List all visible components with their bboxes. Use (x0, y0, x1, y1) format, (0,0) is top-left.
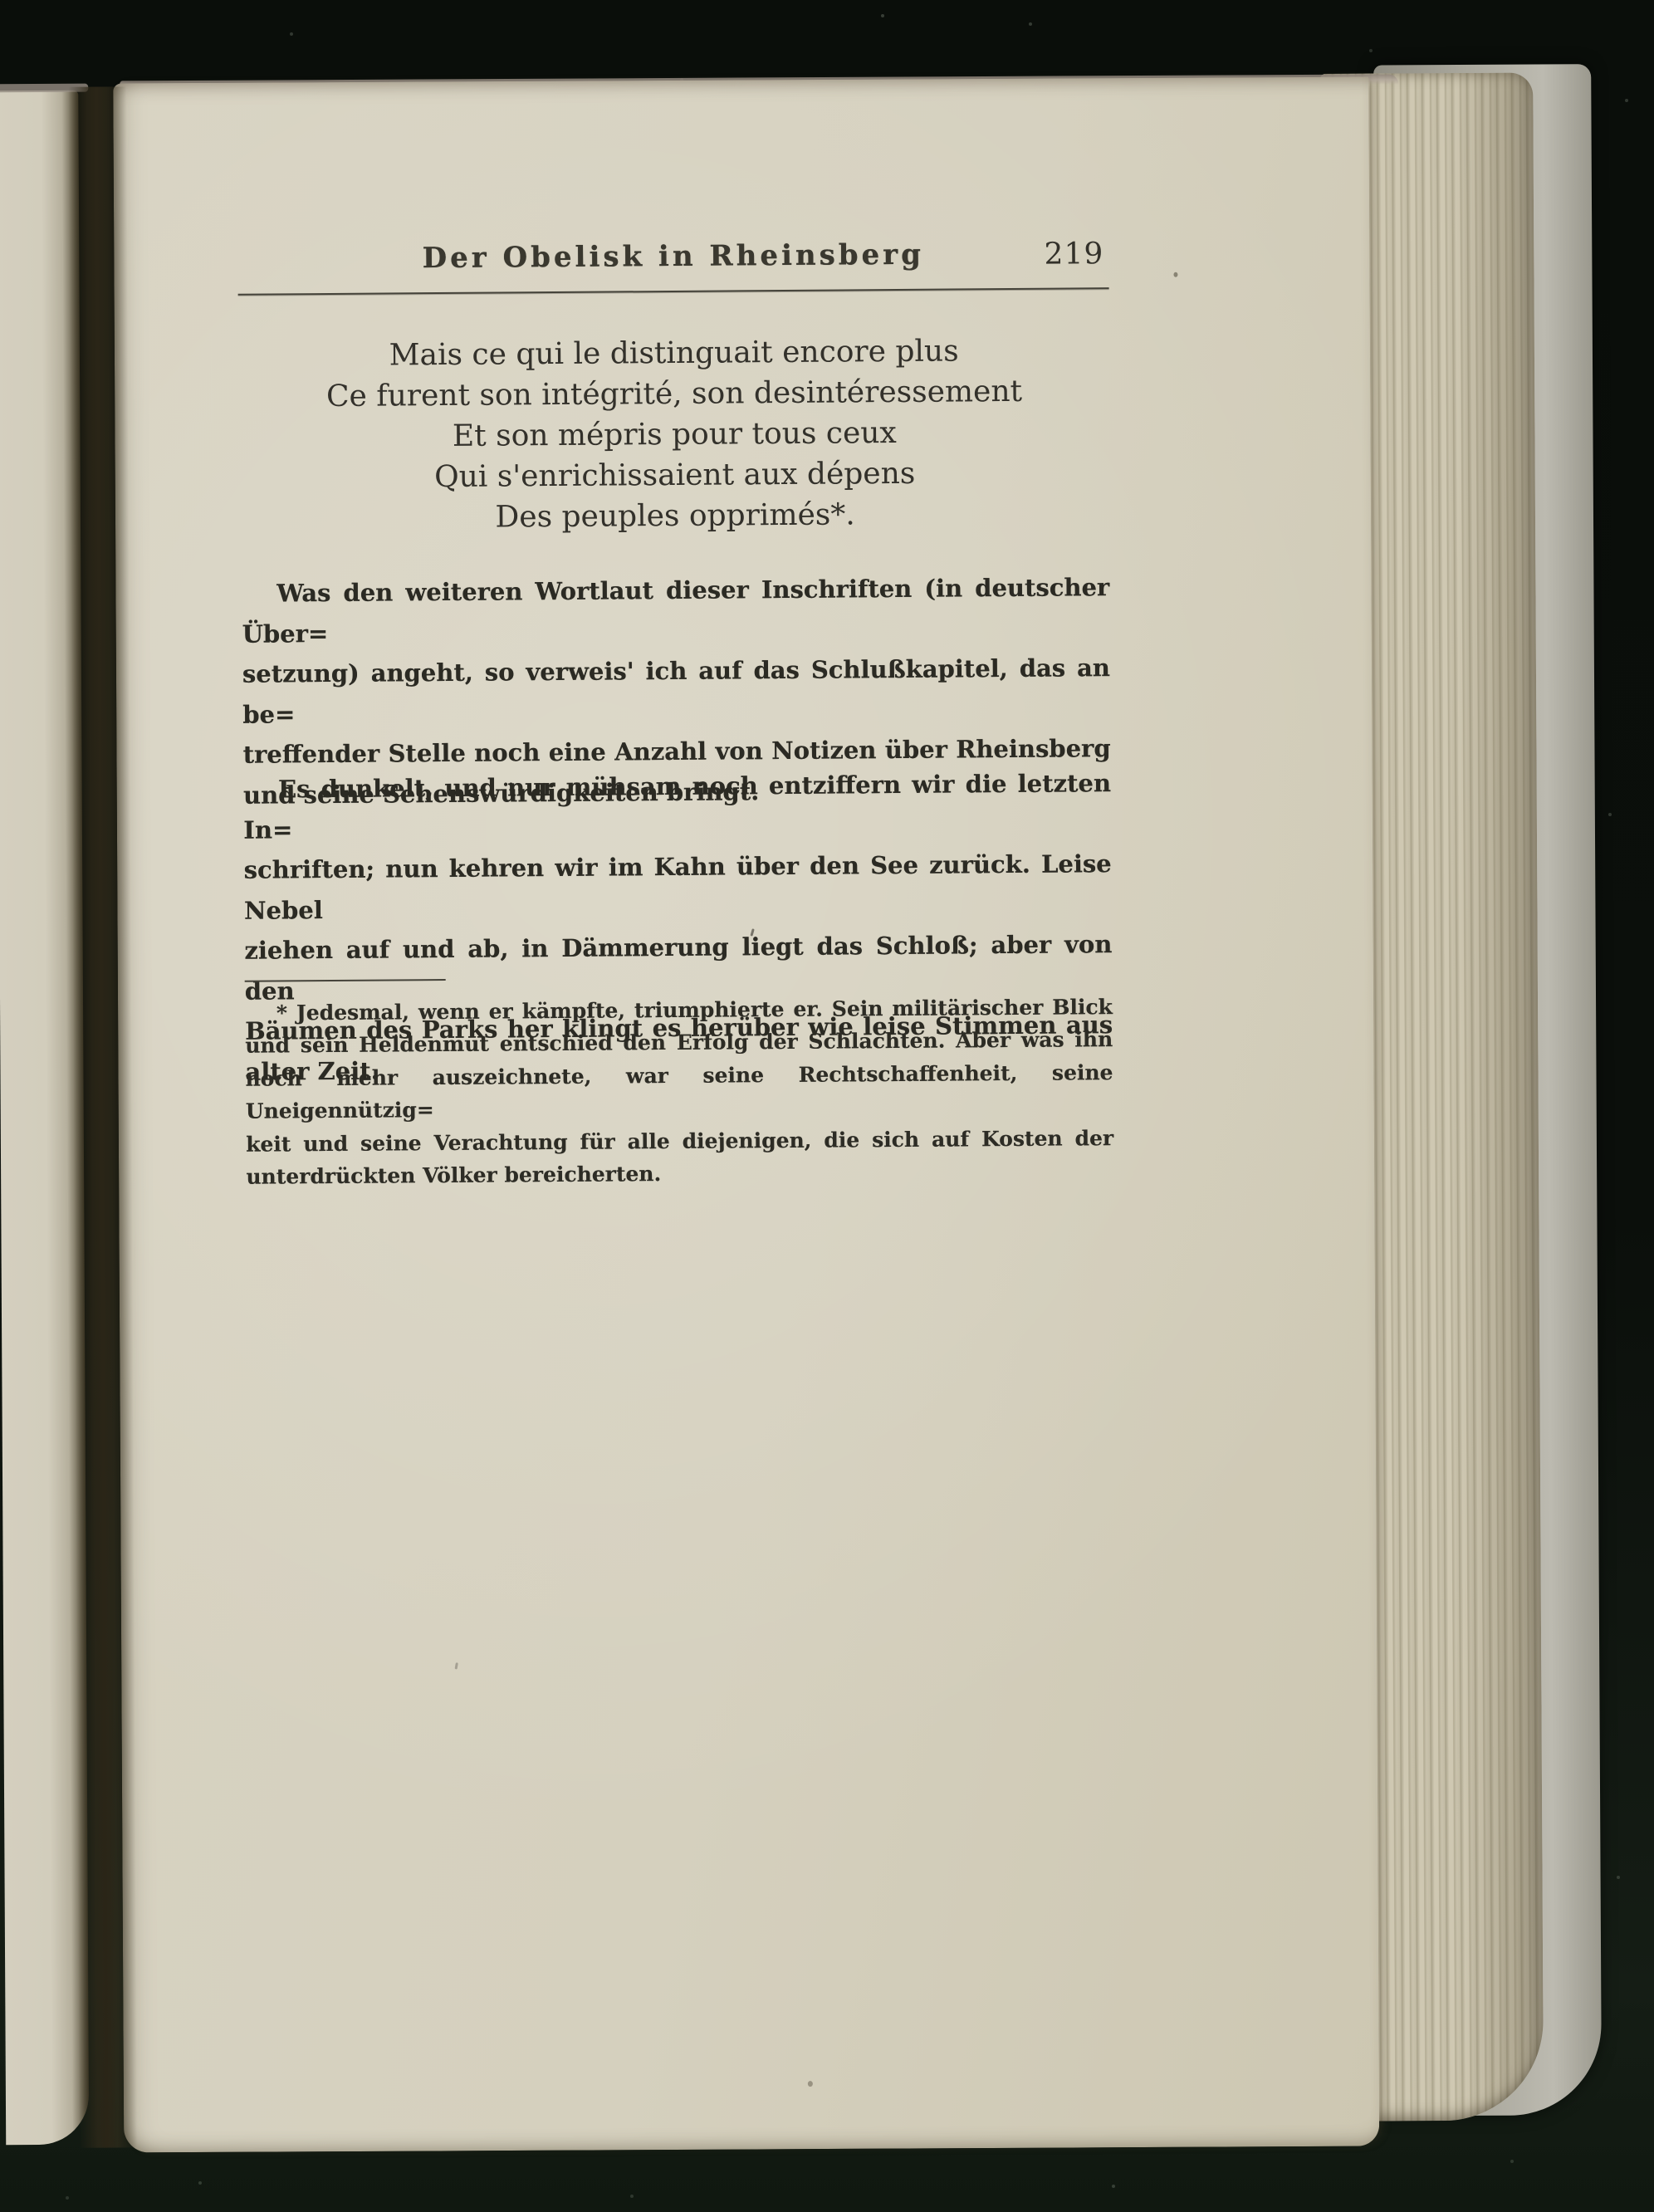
text-line: Mais ce qui le distinguait encore plus (240, 330, 1108, 377)
header-rule (238, 287, 1109, 296)
page-text-block: Der Obelisk in Rheinsberg 219 Mais ce qu… (237, 0, 1121, 2130)
text-line: keit und seine Verachtung für alle dieje… (246, 1122, 1113, 1161)
text-line: Des peuples opprimés*. (241, 492, 1108, 540)
text-line: Et son mépris pour tous ceux (241, 411, 1108, 458)
dust-specks-background (0, 0, 2, 2)
french-verse: Mais ce qui le distinguait encore plusCe… (240, 330, 1109, 540)
running-header-title: Der Obelisk in Rheinsberg (239, 237, 1107, 276)
running-header: Der Obelisk in Rheinsberg 219 (239, 237, 1107, 285)
text-line: schriften; nun kehren wir im Kahn über d… (244, 844, 1113, 931)
page-number: 219 (1044, 237, 1103, 272)
book-gutter-shadow (68, 86, 137, 2147)
text-line: Was den weiteren Wortlaut dieser Inschri… (242, 567, 1110, 654)
scan-speck (808, 2081, 813, 2087)
text-line: unterdrückten Völker bereicherten. (246, 1154, 1113, 1193)
text-line: noch mehr auszeichnete, war seine Rechts… (245, 1056, 1113, 1128)
text-line: Es dunkelt, und nur mühsam noch entziffe… (243, 763, 1112, 850)
open-book: Der Obelisk in Rheinsberg 219 Mais ce qu… (0, 0, 1654, 2212)
scan-speck (1173, 272, 1177, 277)
text-line: Qui s'enrichissaient aux dépens (241, 452, 1108, 499)
text-line: Ce furent son intégrité, son desintéress… (240, 370, 1108, 418)
text-line: setzung) angeht, so verweis' ich auf das… (242, 648, 1111, 735)
footnote: * Jedesmal, wenn er kämpfte, triumphiert… (245, 991, 1114, 1193)
scanned-book-photo: { "book_page": { "header": { "title": "D… (0, 0, 1654, 2212)
